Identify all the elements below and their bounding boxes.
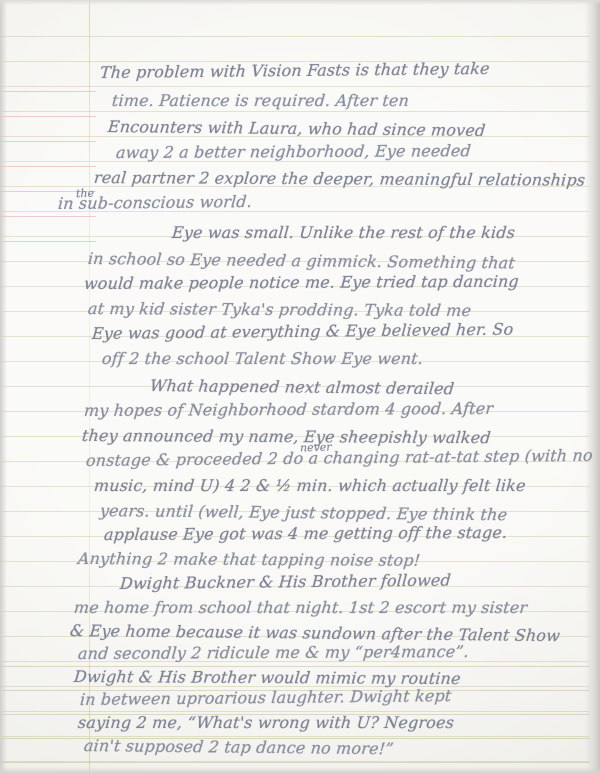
manuscript-line: saying 2 me, “What's wrong with U? Negro… <box>77 714 455 732</box>
manuscript-line: off 2 the school Talent Show Eye went. <box>101 350 424 368</box>
manuscript-line: my hopes of Neighborhood stardom 4 good.… <box>83 400 494 420</box>
paper-edge-right <box>585 0 600 773</box>
manuscript-line: What happened next almost derailed <box>149 377 455 398</box>
manuscript-line: away 2 a better neighborhood, Eye needed <box>115 142 471 161</box>
manuscript-line: ain't supposed 2 tap dance no more!” <box>83 737 394 758</box>
manuscript-line: The problem with Vision Fasts is that th… <box>99 60 490 82</box>
paper-edge-top <box>0 0 600 5</box>
manuscript-line: in school so Eye needed a gimmick. Somet… <box>87 250 516 272</box>
manuscript-line: in between uproarious laughter. Dwight k… <box>79 687 452 708</box>
manuscript-line: music, mind U) 4 2 & ½ min. which actual… <box>93 477 526 495</box>
manuscript-line: onstage & proceeded 2 do a changing rat-… <box>85 447 593 470</box>
manuscript-line: applause Eye got was 4 me getting off th… <box>103 524 508 544</box>
manuscript-line: Dwight & His Brother would mimic my rout… <box>73 668 461 688</box>
inserted-word: the <box>76 188 94 200</box>
manuscript-line: and secondly 2 ridicule me & my “per4man… <box>77 643 469 663</box>
manuscript-line: Encounters with Laura, who had since mov… <box>107 118 486 140</box>
manuscript-line: real partner 2 explore the deeper, meani… <box>93 169 586 189</box>
paper-edge-bottom <box>0 767 600 773</box>
manuscript-line: at my kid sister Tyka's prodding. Tyka t… <box>87 300 472 320</box>
manuscript-line: & Eye home because it was sundown after … <box>69 622 561 645</box>
manuscript-line: they announced my name, Eye sheepishly w… <box>81 427 491 447</box>
manuscript-line: years. until (well, Eye just stopped. Ey… <box>99 502 508 524</box>
manuscript-line: would make people notice me. Eye tried t… <box>83 273 519 293</box>
inserted-word: never <box>300 441 332 453</box>
paper-edge-left <box>0 0 7 773</box>
ruled-lines-left-margin <box>0 55 96 245</box>
manuscript-line: Eye was good at everything & Eye believe… <box>91 321 514 343</box>
manuscript-line: Anything 2 make that tapping noise stop! <box>77 550 421 569</box>
manuscript-line: Eye was small. Unlike the rest of the ki… <box>171 224 516 242</box>
manuscript-line: Dwight Buckner & His Brother followed <box>119 572 451 593</box>
manuscript-line: me home from school that night. 1st 2 es… <box>73 599 528 617</box>
manuscript-line: time. Patience is required. After ten <box>111 92 410 110</box>
manuscript-page: The problem with Vision Fasts is that th… <box>0 0 600 773</box>
